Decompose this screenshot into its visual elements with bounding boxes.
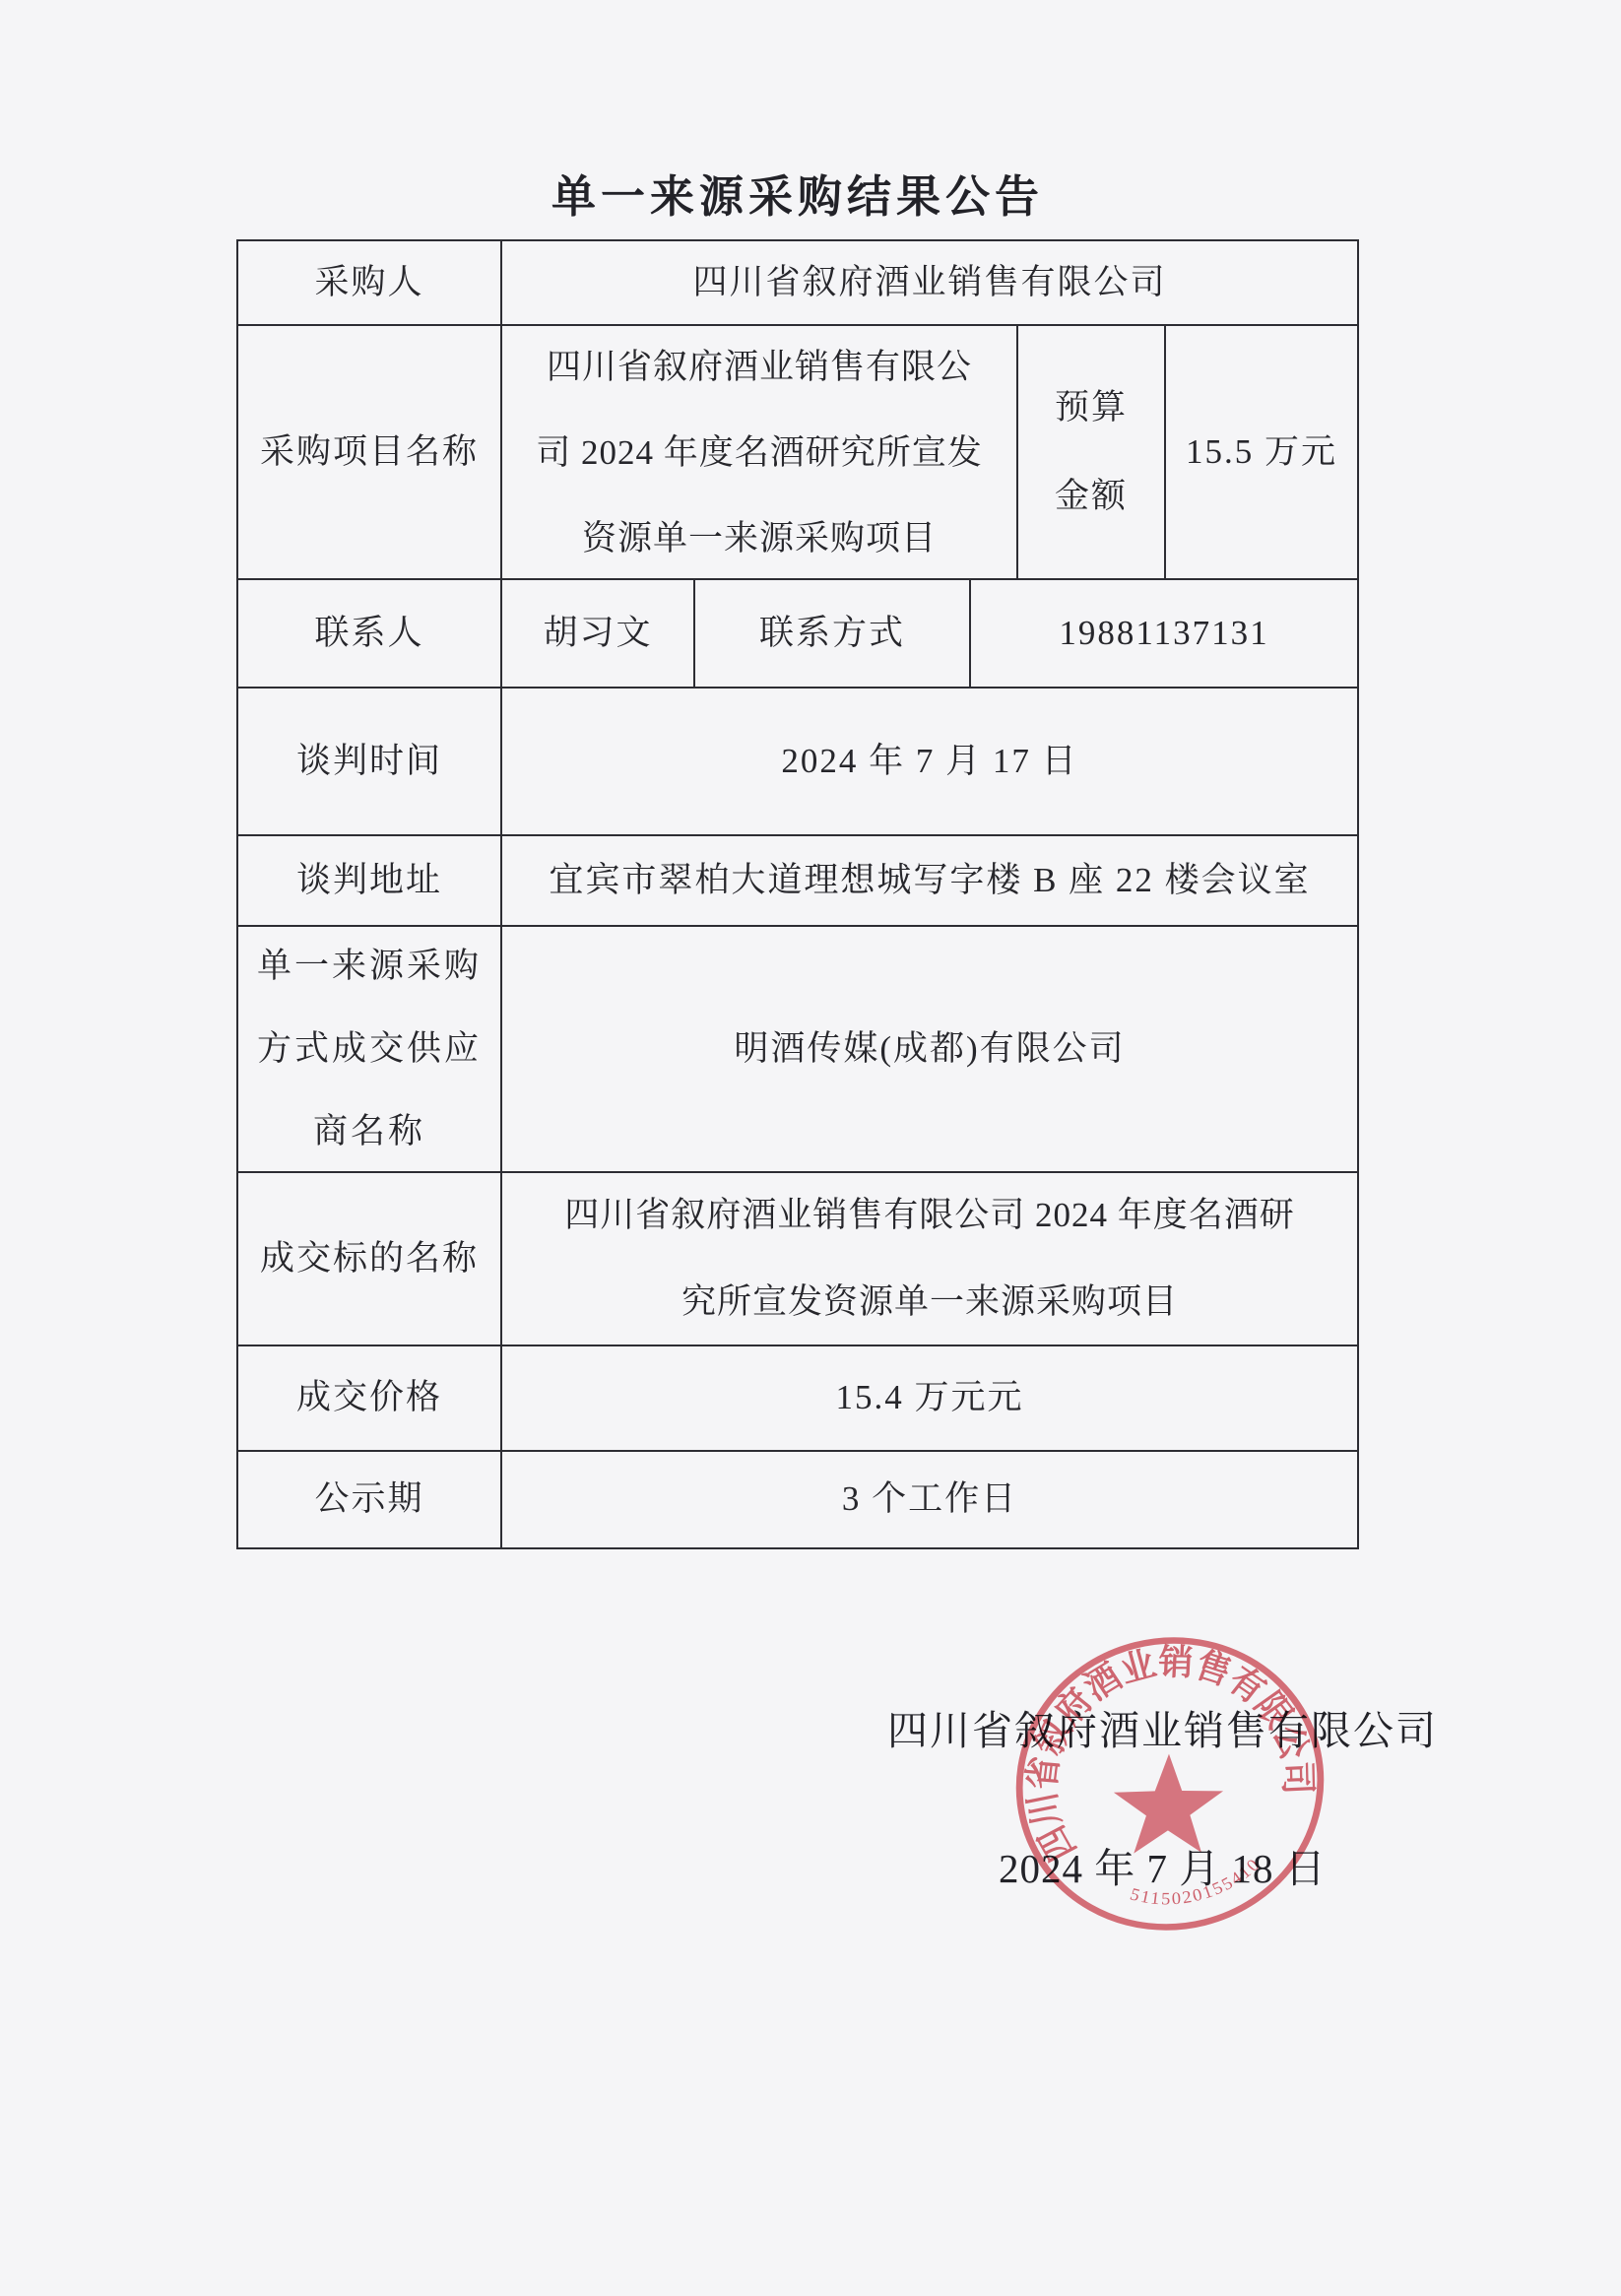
contact-method-label: 联系方式 — [693, 580, 969, 687]
table-row-supplier: 单一来源采购方式成交供应商名称 明酒传媒(成都)有限公司 — [238, 925, 1357, 1171]
seal-star — [1113, 1753, 1224, 1854]
contact-label: 联系人 — [238, 580, 500, 687]
negotiation-time-label: 谈判时间 — [238, 689, 500, 834]
table-row-subject: 成交标的名称 四川省叙府酒业销售有限公司 2024 年度名酒研究所宣发资源单一来… — [238, 1171, 1357, 1345]
budget-label: 预算金额 — [1016, 326, 1164, 578]
procurement-result-table: 采购人 四川省叙府酒业销售有限公司 采购项目名称 四川省叙府酒业销售有限公司 2… — [236, 239, 1359, 1549]
table-row-purchaser: 采购人 四川省叙府酒业销售有限公司 — [238, 241, 1357, 324]
purchaser-label: 采购人 — [238, 241, 500, 324]
supplier-value: 明酒传媒(成都)有限公司 — [500, 927, 1357, 1171]
publicity-label: 公示期 — [238, 1452, 500, 1547]
company-seal: 四川省叙府酒业销售有限公司 5115020155410 — [974, 1595, 1366, 1974]
table-row-negotiation-time: 谈判时间 2024 年 7 月 17 日 — [238, 687, 1357, 834]
project-value: 四川省叙府酒业销售有限公司 2024 年度名酒研究所宣发资源单一来源采购项目 — [500, 326, 1016, 578]
seal-graphic: 四川省叙府酒业销售有限公司 5115020155410 — [974, 1595, 1366, 1974]
project-label: 采购项目名称 — [238, 326, 500, 578]
budget-value: 15.5 万元 — [1164, 326, 1357, 578]
subject-label: 成交标的名称 — [238, 1173, 500, 1345]
publicity-value: 3 个工作日 — [500, 1452, 1357, 1547]
seal-number: 5115020155410 — [1124, 1852, 1269, 1921]
negotiation-time-value: 2024 年 7 月 17 日 — [500, 689, 1357, 834]
price-value: 15.4 万元元 — [500, 1346, 1357, 1450]
price-label: 成交价格 — [238, 1346, 500, 1450]
table-row-project: 采购项目名称 四川省叙府酒业销售有限公司 2024 年度名酒研究所宣发资源单一来… — [238, 324, 1357, 578]
table-row-negotiation-address: 谈判地址 宜宾市翠柏大道理想城写字楼 B 座 22 楼会议室 — [238, 834, 1357, 925]
table-row-price: 成交价格 15.4 万元元 — [238, 1345, 1357, 1450]
negotiation-address-value: 宜宾市翠柏大道理想城写字楼 B 座 22 楼会议室 — [500, 836, 1357, 925]
supplier-label: 单一来源采购方式成交供应商名称 — [238, 927, 500, 1171]
negotiation-address-label: 谈判地址 — [238, 836, 500, 925]
document-title: 单一来源采购结果公告 — [236, 161, 1359, 225]
purchaser-value: 四川省叙府酒业销售有限公司 — [500, 241, 1357, 324]
subject-value: 四川省叙府酒业销售有限公司 2024 年度名酒研究所宣发资源单一来源采购项目 — [500, 1173, 1357, 1345]
contact-phone: 19881137131 — [969, 580, 1357, 687]
table-row-contact: 联系人 胡习文 联系方式 19881137131 — [238, 578, 1357, 687]
contact-name: 胡习文 — [500, 580, 693, 687]
document-page: 单一来源采购结果公告 采购人 四川省叙府酒业销售有限公司 采购项目名称 四川省叙… — [0, 0, 1621, 2296]
table-row-publicity: 公示期 3 个工作日 — [238, 1450, 1357, 1547]
